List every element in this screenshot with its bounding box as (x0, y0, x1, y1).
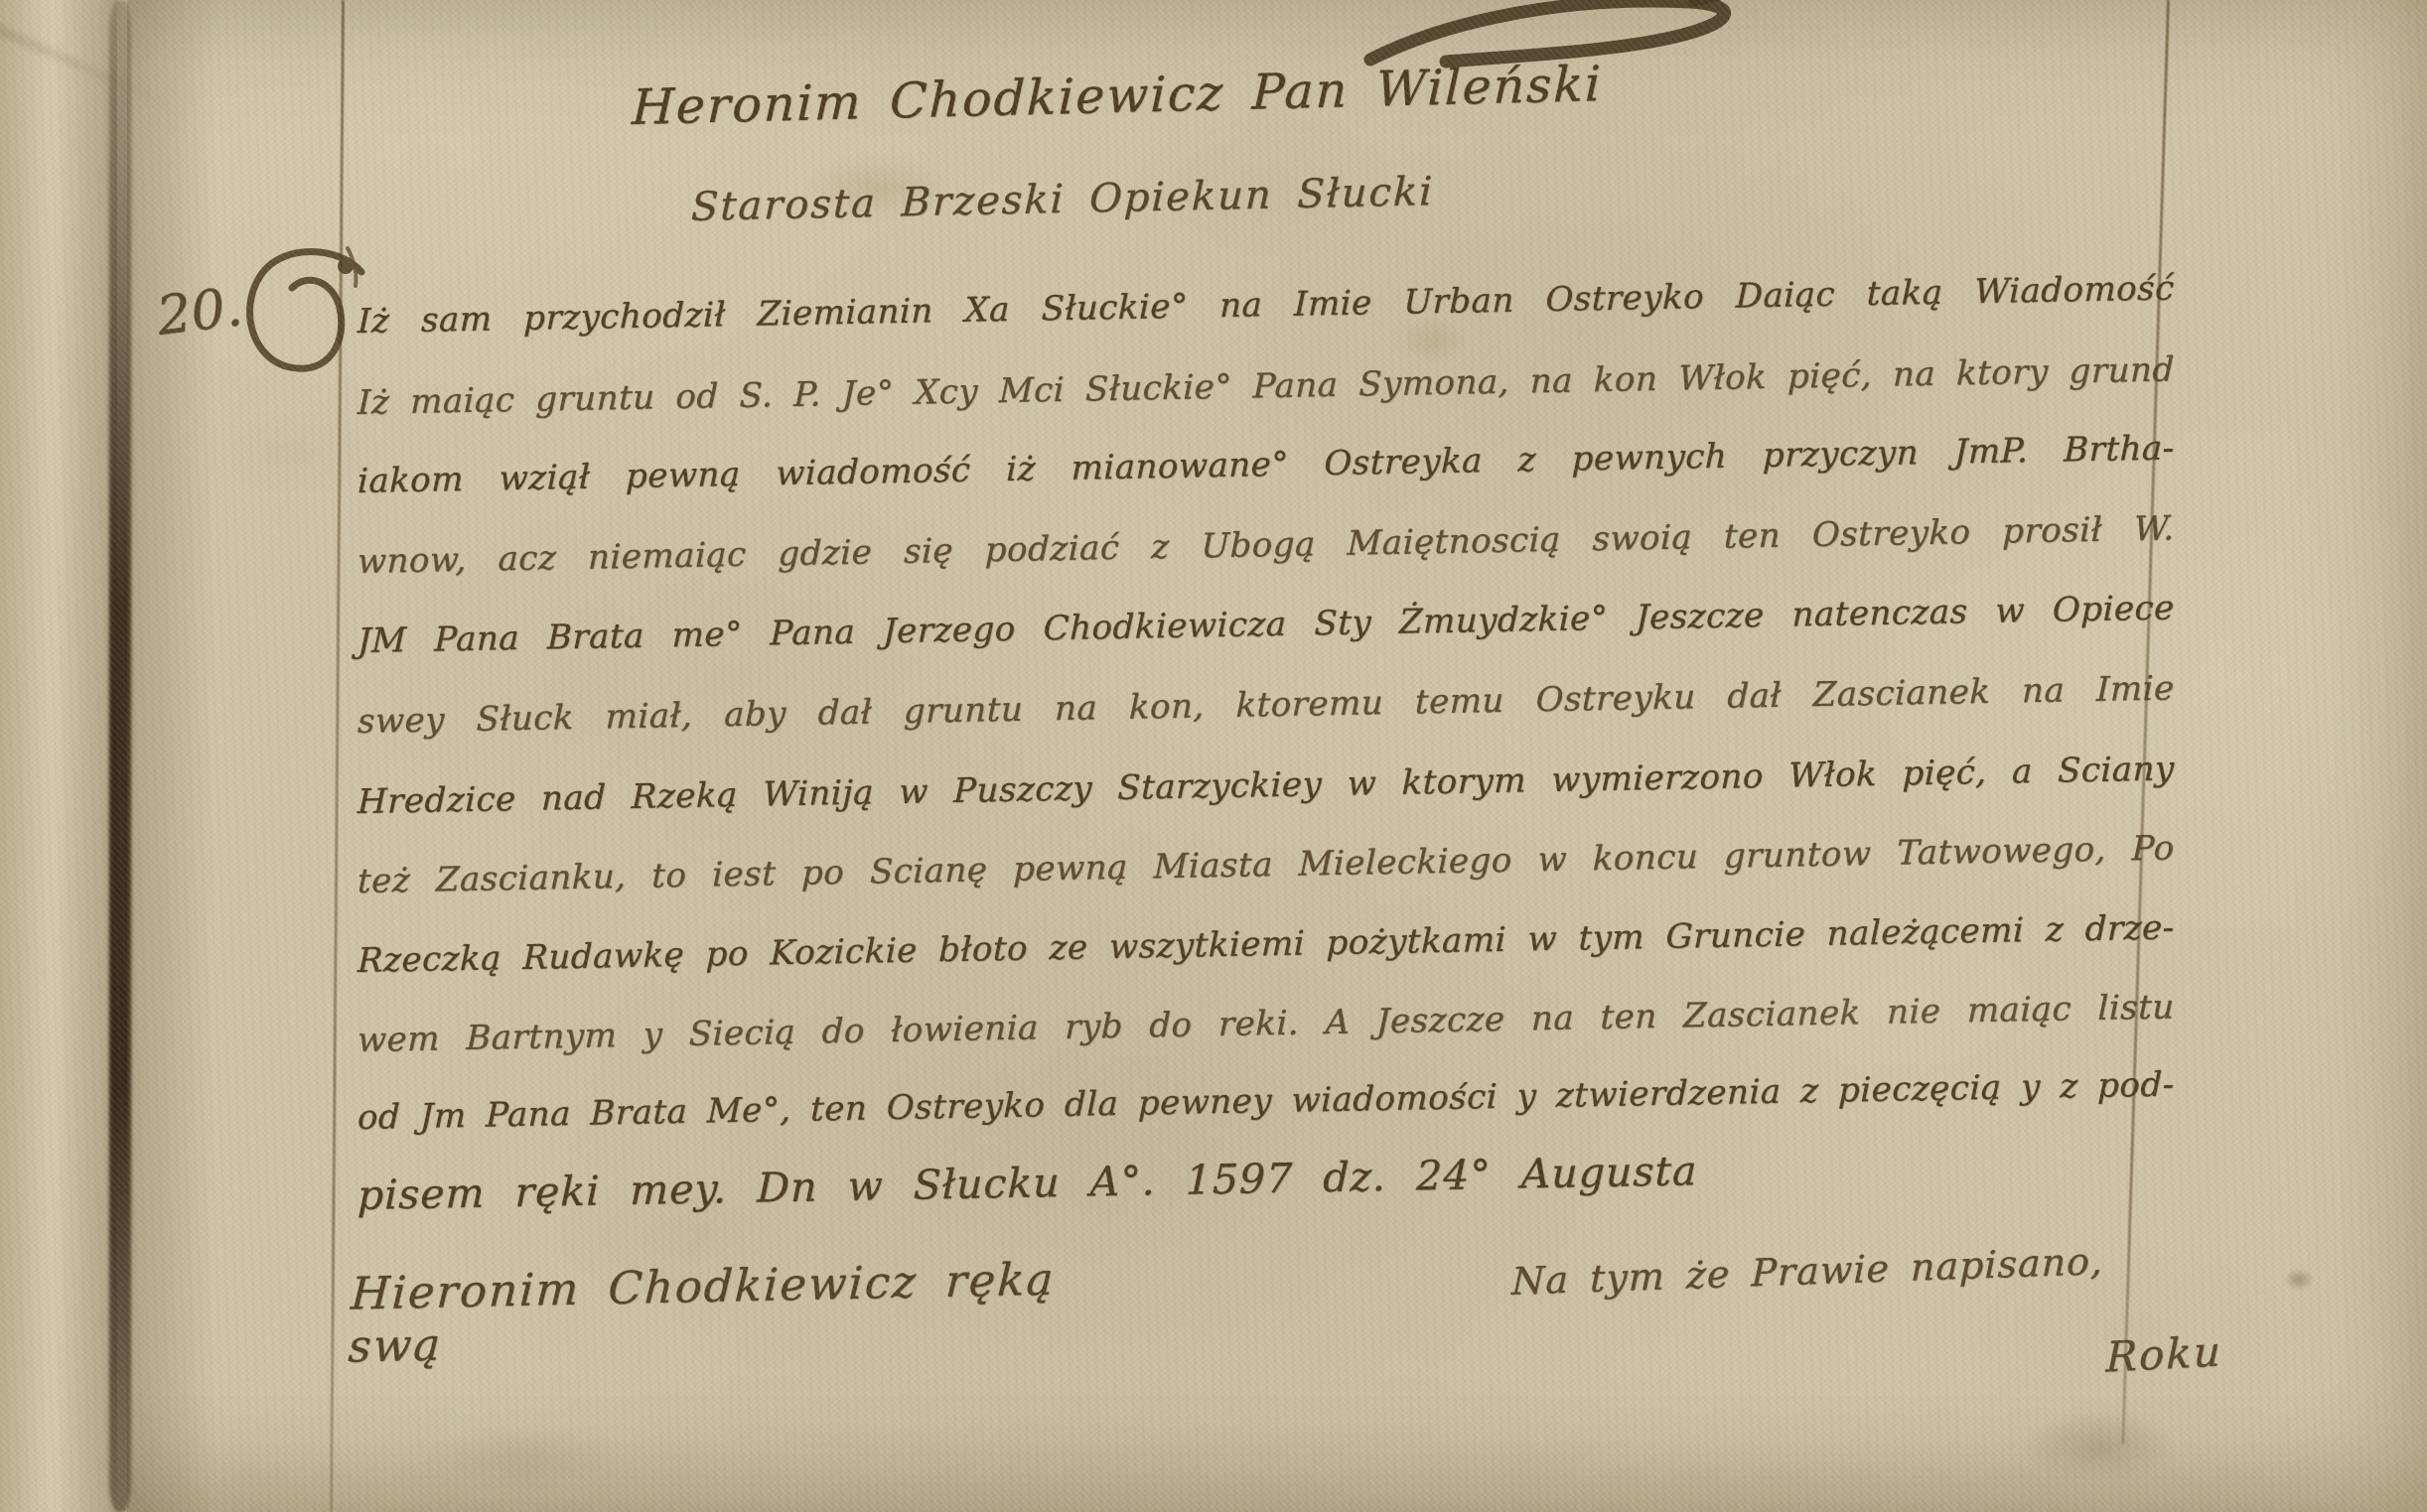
body-line: Rzeczką Rudawkę po Kozickie błoto ze wsz… (357, 899, 2176, 989)
body-line: Hredzice nad Rzeką Winiją w Puszczy Star… (357, 741, 2176, 830)
left-margin-rule (330, 0, 345, 1512)
marginal-note-line-1: Na tym że Prawie napisano, (1511, 1238, 2127, 1304)
body-line: od Jm Pana Brata Me°, ten Ostreyko dla p… (357, 1056, 2176, 1146)
body-line: też Zascianku, to iest po Scianę pewną M… (357, 820, 2176, 909)
manuscript-page: Heronim Chodkiewicz Pan Wileński Starost… (0, 0, 2427, 1512)
signature-line: Hieronim Chodkiewicz ręką swą (347, 1250, 1166, 1372)
facing-page-edge (0, 0, 117, 1512)
body-line: wem Bartnym y Siecią do łowienia ryb do … (357, 979, 2176, 1068)
marginal-note-line-2: Roku (2014, 1326, 2223, 1386)
heading-line-2: Starosta Brzeski Opiekun Słucki (635, 168, 1490, 231)
paper-stain (2026, 1410, 2175, 1481)
binding-shadow (127, 0, 216, 1512)
body-line: Iż maiąc gruntu od S. P. Je° Xcy Mci Słu… (357, 342, 2176, 431)
paper-stain (427, 1430, 626, 1489)
entry-number: 20. (153, 275, 245, 347)
body-line: swey Słuck miał, aby dał gruntu na kon, … (357, 660, 2176, 750)
ink-speck (2284, 1269, 2314, 1291)
date-line: pisem ręki mey. Dn w Słucku A°. 1597 dz.… (357, 1134, 2176, 1223)
body-line: iakom wziął pewną wiadomość iż mianowane… (357, 420, 2176, 509)
body-line: JM Pana Brata me° Pana Jerzego Chodkiewi… (357, 580, 2176, 669)
body-line: Iż sam przychodził Ziemianin Xa Słuckie°… (357, 260, 2176, 349)
right-margin-rule (2121, 0, 2170, 1443)
heading-line-1: Heronim Chodkiewicz Pan Wileński (535, 54, 1698, 139)
body-line: wnow, acz niemaiąc gdzie się podziać z U… (357, 500, 2176, 590)
